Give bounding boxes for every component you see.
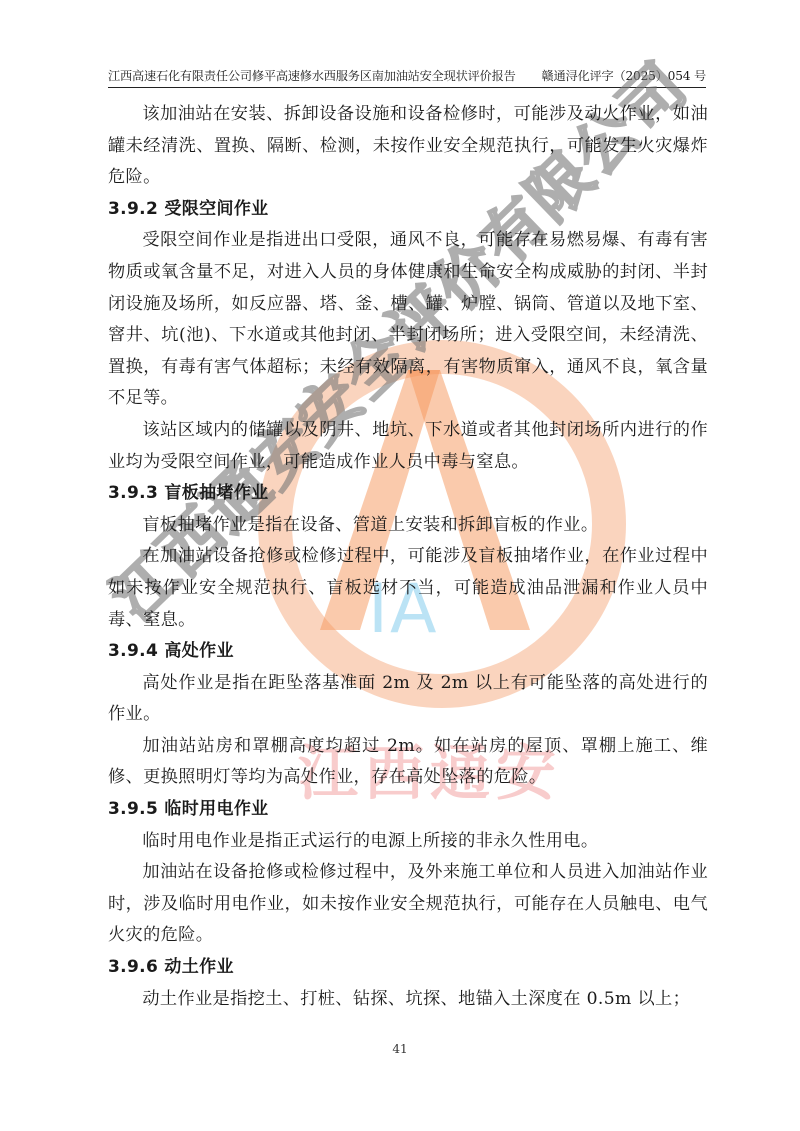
section-heading-3-9-2: 3.9.2 受限空间作业	[108, 194, 708, 226]
paragraph: 动土作业是指挖土、打桩、钻探、坑探、地锚入土深度在 0.5m 以上；	[108, 984, 708, 1016]
paragraph: 盲板抽堵作业是指在设备、管道上安装和拆卸盲板的作业。	[108, 510, 708, 542]
section-heading-3-9-5: 3.9.5 临时用电作业	[108, 794, 708, 826]
paragraph: 加油站在设备抢修或检修过程中，及外来施工单位和人员进入加油站作业时，涉及临时用电…	[108, 857, 708, 952]
section-heading-3-9-4: 3.9.4 高处作业	[108, 636, 708, 668]
running-header: 江西高速石化有限责任公司修平高速修水西服务区南加油站安全现状评价报告 赣通浔化评…	[108, 64, 706, 88]
report-title: 江西高速石化有限责任公司修平高速修水西服务区南加油站安全现状评价报告	[108, 67, 516, 84]
document-number: 赣通浔化评字（2025）054 号	[542, 67, 706, 84]
section-heading-3-9-6: 3.9.6 动土作业	[108, 952, 708, 984]
document-page: 江西高速石化有限责任公司修平高速修水西服务区南加油站安全现状评价报告 赣通浔化评…	[0, 0, 800, 1131]
paragraph: 在加油站设备抢修或检修过程中，可能涉及盲板抽堵作业，在作业过程中如未按作业安全规…	[108, 541, 708, 636]
paragraph: 加油站站房和罩棚高度均超过 2m。如在站房的屋顶、罩棚上施工、维修、更换照明灯等…	[108, 731, 708, 794]
section-heading-3-9-3: 3.9.3 盲板抽堵作业	[108, 478, 708, 510]
page-number: 41	[0, 1042, 800, 1056]
paragraph: 该加油站在安装、拆卸设备设施和设备检修时，可能涉及动火作业，如油罐未经清洗、置换…	[108, 99, 708, 194]
document-body: 该加油站在安装、拆卸设备设施和设备检修时，可能涉及动火作业，如油罐未经清洗、置换…	[108, 99, 708, 1015]
paragraph: 受限空间作业是指进出口受限，通风不良，可能存在易燃易爆、有毒有害物质或氧含量不足…	[108, 225, 708, 415]
paragraph: 临时用电作业是指正式运行的电源上所接的非永久性用电。	[108, 826, 708, 858]
paragraph: 该站区域内的储罐以及阴井、地坑、下水道或者其他封闭场所内进行的作业均为受限空间作…	[108, 415, 708, 478]
paragraph: 高处作业是指在距坠落基准面 2m 及 2m 以上有可能坠落的高处进行的作业。	[108, 668, 708, 731]
